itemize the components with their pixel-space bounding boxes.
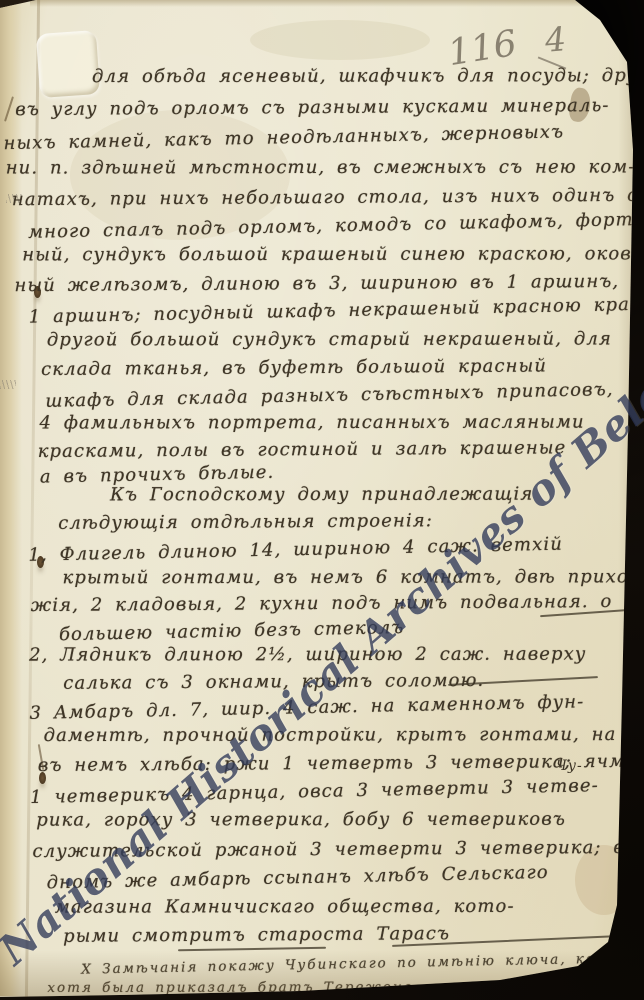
manuscript-line: ный желѣзомъ, длиною въ 3, шириною въ 1 … [14,270,644,296]
manuscript-line: ни. п. здѣшней мѣстности, въ смежныхъ съ… [6,156,636,178]
manuscript-line: 1 аршинъ; посудный шкафъ некрашеный крас… [29,293,644,328]
scanned-document: 116 4 для обѣда ясеневый, шкафчикъ для п… [0,0,644,1000]
manuscript-line: другой большой сундукъ старый некрашеный… [47,328,612,350]
manuscript-line: натахъ, при нихъ небольшаго стола, изъ н… [12,184,644,210]
manuscript-line: даментѣ, прочной постройки, крытъ гонтам… [44,724,644,746]
manuscript-line: для обѣда ясеневый, шкафчикъ для посуды;… [92,65,644,87]
manuscript-line: хотя была приказалъ братъ Тережоно. [47,979,420,996]
manuscript-line: въ углу подъ орломъ съ разными кусками м… [15,95,609,120]
manuscript-line: 4 фамильныхъ портрета, писанныхъ масляны… [39,412,584,434]
manuscript-line: рыми смотритъ староста Тарасъ [63,923,450,947]
manuscript-line: крытый гонтами, въ немъ 6 комнатъ, двѣ п… [63,566,636,588]
manuscript-line: жія, 2 кладовыя, 2 кухни подъ нимъ подва… [31,591,644,616]
manuscript-line: въ немъ хлѣба: ржи 1 четверть 3 четверик… [38,751,644,776]
manuscript-line: красками, полы въ гостиной и залѣ крашен… [38,437,567,462]
manuscript-line: магазина Камничискаго общества, кото- [55,896,515,918]
manuscript-line: 1 четверикъ 4 гарнца, овса 3 четверти 3 … [30,775,599,808]
interline-correction: Чу- [556,758,583,774]
manuscript-line: ныхъ камней, какъ то неодѣланныхъ, жерно… [3,121,564,154]
manuscript-line: слѣдующія отдѣльныя строенія: [58,510,433,534]
manuscript-line: склада тканья, въ буфетѣ большой красный [41,355,547,380]
manuscript-line: много спалъ подъ орломъ, комодъ со шкафо… [28,207,644,242]
manuscript-line: ный, сундукъ большой крашеный синею крас… [22,243,644,265]
manuscript-line: Къ Господскому дому принадлежащія [110,484,533,506]
manuscript-line: Х Замѣчанія покажу Чубинскаго по имѣнію … [81,950,644,978]
manuscript-line: шкафъ для склада разныхъ съѣстныхъ припа… [45,379,614,412]
